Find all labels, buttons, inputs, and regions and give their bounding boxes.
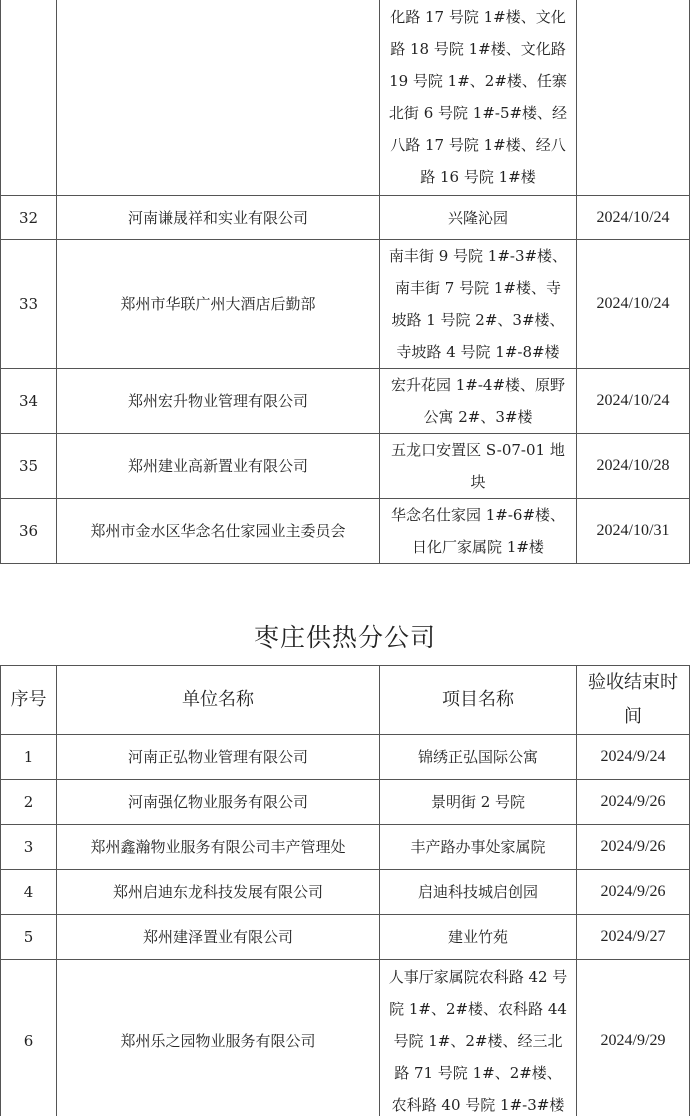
project-name: 丰产路办事处家属院 [380,825,577,870]
table-row: 6 郑州乐之园物业服务有限公司 人事厅家属院农科路 42 号院 1#、2#楼、农… [1,960,690,1116]
table-row: 5 郑州建泽置业有限公司 建业竹苑 2024/9/27 [1,915,690,960]
header-date: 验收结束时间 [577,666,690,735]
acceptance-date: 2024/9/26 [577,870,690,915]
unit-name [57,0,380,196]
unit-name: 郑州启迪东龙科技发展有限公司 [57,870,380,915]
header-no: 序号 [1,666,57,735]
acceptance-date: 2024/10/24 [577,369,690,434]
acceptance-date: 2024/9/26 [577,825,690,870]
table-row: 32 河南谦晟祥和实业有限公司 兴隆沁园 2024/10/24 [1,196,690,240]
acceptance-date: 2024/9/27 [577,915,690,960]
unit-name: 河南强亿物业服务有限公司 [57,780,380,825]
table-row: 4 郑州启迪东龙科技发展有限公司 启迪科技城启创园 2024/9/26 [1,870,690,915]
unit-name: 郑州市金水区华念名仕家园业主委员会 [57,499,380,564]
acceptance-date: 2024/9/26 [577,780,690,825]
table-row: 33 郑州市华联广州大酒店后勤部 南丰街 9 号院 1#-3#楼、南丰街 7 号… [1,240,690,369]
project-name: 兴隆沁园 [380,196,577,240]
project-name: 华念名仕家园 1#-6#楼、日化厂家属院 1#楼 [380,499,577,564]
unit-name: 郑州建泽置业有限公司 [57,915,380,960]
acceptance-date: 2024/9/29 [577,960,690,1116]
acceptance-date: 2024/9/24 [577,735,690,780]
row-number: 4 [1,870,57,915]
row-number: 2 [1,780,57,825]
row-number: 36 [1,499,57,564]
project-name: 化路 17 号院 1#楼、文化路 18 号院 1#楼、文化路 19 号院 1#、… [380,0,577,196]
unit-name: 河南谦晟祥和实业有限公司 [57,196,380,240]
row-number: 33 [1,240,57,369]
header-unit: 单位名称 [57,666,380,735]
acceptance-date [577,0,690,196]
unit-name: 郑州鑫瀚物业服务有限公司丰产管理处 [57,825,380,870]
row-number [1,0,57,196]
acceptance-date: 2024/10/24 [577,196,690,240]
row-number: 35 [1,434,57,499]
section-title: 枣庄供热分公司 [0,618,690,654]
table-row: 3 郑州鑫瀚物业服务有限公司丰产管理处 丰产路办事处家属院 2024/9/26 [1,825,690,870]
table-row: 化路 17 号院 1#楼、文化路 18 号院 1#楼、文化路 19 号院 1#、… [1,0,690,196]
acceptance-date: 2024/10/31 [577,499,690,564]
table-row: 36 郑州市金水区华念名仕家园业主委员会 华念名仕家园 1#-6#楼、日化厂家属… [1,499,690,564]
row-number: 1 [1,735,57,780]
table-row: 35 郑州建业高新置业有限公司 五龙口安置区 S-07-01 地块 2024/1… [1,434,690,499]
acceptance-date: 2024/10/28 [577,434,690,499]
project-name: 景明街 2 号院 [380,780,577,825]
header-project: 项目名称 [380,666,577,735]
unit-name: 河南正弘物业管理有限公司 [57,735,380,780]
table-header-row: 序号 单位名称 项目名称 验收结束时间 [1,666,690,735]
unit-name: 郑州宏升物业管理有限公司 [57,369,380,434]
project-name: 启迪科技城启创园 [380,870,577,915]
project-name: 建业竹苑 [380,915,577,960]
unit-name: 郑州建业高新置业有限公司 [57,434,380,499]
table-row: 1 河南正弘物业管理有限公司 锦绣正弘国际公寓 2024/9/24 [1,735,690,780]
project-name: 人事厅家属院农科路 42 号院 1#、2#楼、农科路 44 号院 1#、2#楼、… [380,960,577,1116]
project-name: 宏升花园 1#-4#楼、原野公寓 2#、3#楼 [380,369,577,434]
row-number: 34 [1,369,57,434]
row-number: 3 [1,825,57,870]
row-number: 6 [1,960,57,1116]
unit-name: 郑州市华联广州大酒店后勤部 [57,240,380,369]
acceptance-table-continued: 化路 17 号院 1#楼、文化路 18 号院 1#楼、文化路 19 号院 1#、… [0,0,690,564]
unit-name: 郑州乐之园物业服务有限公司 [57,960,380,1116]
table-row: 34 郑州宏升物业管理有限公司 宏升花园 1#-4#楼、原野公寓 2#、3#楼 … [1,369,690,434]
row-number: 5 [1,915,57,960]
row-number: 32 [1,196,57,240]
table-row: 2 河南强亿物业服务有限公司 景明街 2 号院 2024/9/26 [1,780,690,825]
project-name: 南丰街 9 号院 1#-3#楼、南丰街 7 号院 1#楼、寺坡路 1 号院 2#… [380,240,577,369]
project-name: 五龙口安置区 S-07-01 地块 [380,434,577,499]
acceptance-table-zaozhuang: 序号 单位名称 项目名称 验收结束时间 1 河南正弘物业管理有限公司 锦绣正弘国… [0,665,690,1116]
project-name: 锦绣正弘国际公寓 [380,735,577,780]
acceptance-date: 2024/10/24 [577,240,690,369]
